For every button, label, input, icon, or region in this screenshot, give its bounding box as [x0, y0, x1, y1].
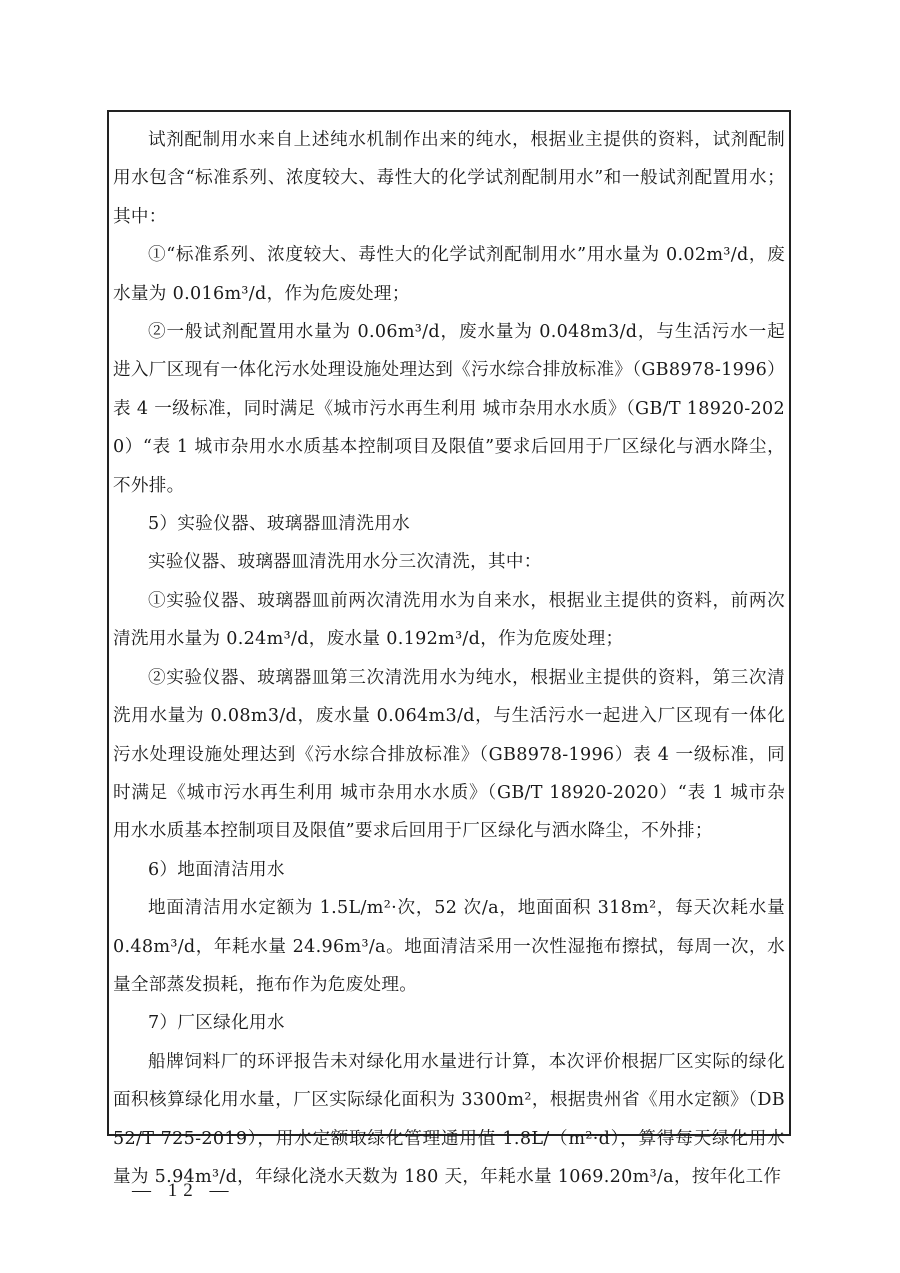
section-heading-5: 5）实验仪器、玻璃器皿清洗用水: [113, 505, 785, 543]
paragraph-reagent-water: 试剂配制用水来自上述纯水机制作出来的纯水，根据业主提供的资料，试剂配制用水包含“…: [113, 121, 785, 236]
paragraph-floor-cleaning: 地面清洁用水定额为 1.5L/m²·次，52 次/a，地面面积 318m²，每天…: [113, 889, 785, 1004]
page-number: — 12 —: [132, 1180, 235, 1202]
paragraph-reagent-item-2: ②一般试剂配置用水量为 0.06m³/d，废水量为 0.048m3/d，与生活污…: [113, 313, 785, 505]
section-heading-7: 7）厂区绿化用水: [113, 1004, 785, 1042]
paragraph-reagent-item-1: ①“标准系列、浓度较大、毒性大的化学试剂配制用水”用水量为 0.02m³/d，废…: [113, 236, 785, 313]
paragraph-glassware-item-1: ①实验仪器、玻璃器皿前两次清洗用水为自来水，根据业主提供的资料，前两次清洗用水量…: [113, 582, 785, 659]
paragraph-greening-water: 船牌饲料厂的环评报告未对绿化用水量进行计算，本次评价根据厂区实际的绿化面积核算绿…: [113, 1043, 785, 1197]
paragraph-glassware-intro: 实验仪器、玻璃器皿清洗用水分三次清洗，其中：: [113, 543, 785, 581]
content-frame: 试剂配制用水来自上述纯水机制作出来的纯水，根据业主提供的资料，试剂配制用水包含“…: [107, 110, 791, 1136]
section-heading-6: 6）地面清洁用水: [113, 851, 785, 889]
paragraph-glassware-item-2: ②实验仪器、玻璃器皿第三次清洗用水为纯水，根据业主提供的资料，第三次清洗用水量为…: [113, 659, 785, 851]
